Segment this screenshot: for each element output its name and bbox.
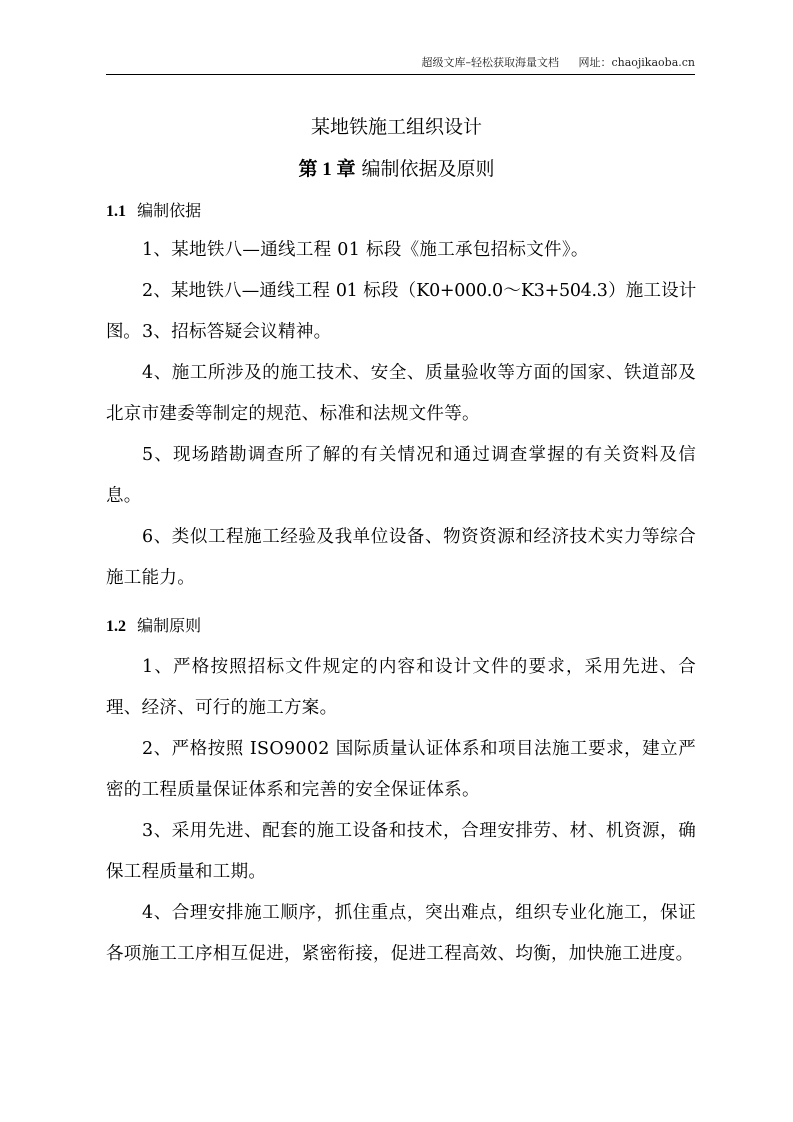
- site-url: 网址：chaojikaoba.cn: [578, 56, 695, 69]
- section-title: 编制原则: [137, 616, 201, 635]
- section-number: 1.1: [106, 203, 126, 220]
- list-item: 1、某地铁八—通线工程 01 标段《施工承包招标文件》。: [106, 230, 696, 271]
- section-heading-1-2: 1.2 编制原则: [106, 615, 201, 638]
- section-number: 1.2: [106, 618, 126, 635]
- page-header: 超级文库–轻松获取海量文档 网址：chaojikaoba.cn: [106, 56, 695, 75]
- list-item: 4、施工所涉及的施工技术、安全、质量验收等方面的国家、铁道部及北京市建委等制定的…: [106, 353, 696, 435]
- chapter-name: 编制依据及原则: [362, 158, 495, 180]
- list-item: 5、现场踏勘调查所了解的有关情况和通过调查掌握的有关资料及信息。: [106, 435, 696, 517]
- list-item: 1、严格按照招标文件规定的内容和设计文件的要求，采用先进、合理、经济、可行的施工…: [106, 647, 696, 729]
- document-title: 某地铁施工组织设计: [0, 114, 793, 140]
- chapter-title: 第 1 章 编制依据及原则: [0, 156, 793, 183]
- section-heading-1-1: 1.1 编制依据: [106, 200, 201, 223]
- list-item: 4、合理安排施工顺序，抓住重点，突出难点，组织专业化施工，保证各项施工工序相互促…: [106, 893, 696, 975]
- section-title: 编制依据: [137, 201, 201, 220]
- chapter-number: 第 1 章: [298, 159, 355, 180]
- list-item: 2、严格按照 ISO9002 国际质量认证体系和项目法施工要求，建立严密的工程质…: [106, 729, 696, 811]
- list-item: 3、采用先进、配套的施工设备和技术，合理安排劳、材、机资源，确保工程质量和工期。: [106, 811, 696, 893]
- list-item: 3、招标答疑会议精神。: [106, 312, 696, 353]
- list-item: 6、类似工程施工经验及我单位设备、物资资源和经济技术实力等综合施工能力。: [106, 517, 696, 599]
- site-name: 超级文库–轻松获取海量文档: [421, 56, 559, 69]
